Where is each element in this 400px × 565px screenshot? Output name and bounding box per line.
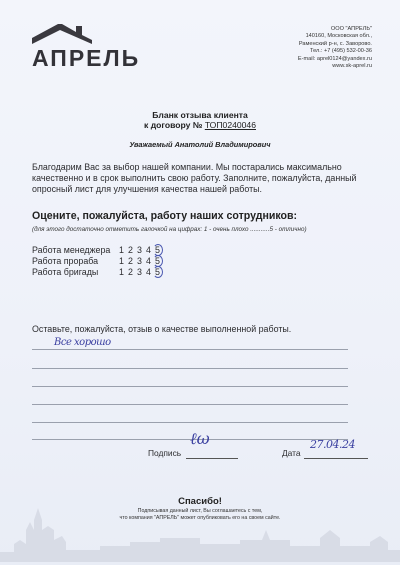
form-title-line1: Бланк отзыва клиента (0, 110, 400, 120)
contact-website: www.sk-aprel.ru (298, 63, 372, 70)
logo-text: АПРЕЛЬ (32, 45, 140, 72)
feedback-line (32, 349, 348, 350)
thanks-heading: Спасибо! (0, 496, 400, 507)
handwritten-signature: ℓω (190, 429, 210, 449)
score-option[interactable]: 3 (135, 256, 144, 266)
handwritten-feedback[interactable]: Все хорошо (54, 337, 111, 348)
rating-row-label: Работа бригады (32, 267, 98, 277)
score-option[interactable]: 1 (117, 256, 126, 266)
contract-number: ТОП0240046 (205, 120, 256, 130)
rating-scale: 12345 (117, 267, 162, 277)
feedback-question: Оставьте, пожалуйста, отзыв о качестве в… (32, 324, 291, 334)
intro-paragraph: Благодарим Вас за выбор нашей компании. … (32, 162, 372, 195)
greeting: Уважаемый Анатолий Владимирович (0, 140, 400, 149)
score-option[interactable]: 4 (144, 267, 153, 277)
score-option[interactable]: 4 (144, 245, 153, 255)
consent-line-2: что компания "АПРЕЛЬ" может опубликовать… (0, 515, 400, 522)
score-option[interactable]: 1 (117, 245, 126, 255)
contract-prefix: к договору № (144, 120, 205, 130)
contact-phone: Тел.: +7 (495) 532-00-36 (298, 48, 372, 55)
date-line[interactable] (304, 458, 368, 459)
score-option-selected[interactable]: 5 (153, 267, 162, 277)
score-option[interactable]: 3 (135, 245, 144, 255)
contact-company-name: ООО "АПРЕЛЬ" (298, 26, 372, 33)
score-option[interactable]: 3 (135, 267, 144, 277)
rating-hint: (для этого достаточно отметить галочкой … (32, 226, 307, 233)
rating-row-label: Работа менеджера (32, 245, 110, 255)
signature-line[interactable] (186, 458, 238, 459)
house-roof-icon (32, 24, 92, 44)
rating-scale: 12345 (117, 245, 162, 255)
company-contacts: ООО "АПРЕЛЬ" 140160, Московская обл., Ра… (298, 26, 372, 70)
contact-address-1: 140160, Московская обл., (298, 33, 372, 40)
score-option-selected[interactable]: 5 (153, 256, 162, 266)
rating-scale: 12345 (117, 256, 162, 266)
contact-email: E-mail: aprel0124@yandex.ru (298, 56, 372, 63)
handwritten-date: 27.04.24 (310, 438, 355, 451)
score-option-selected[interactable]: 5 (153, 245, 162, 255)
rating-row-label: Работа прораба (32, 256, 98, 266)
feedback-line (32, 368, 348, 369)
rating-title: Оцените, пожалуйста, работу наших сотруд… (32, 210, 297, 222)
form-title-line2: к договору № ТОП0240046 (0, 120, 400, 130)
score-option[interactable]: 2 (126, 245, 135, 255)
feedback-line (32, 404, 348, 405)
date-label: Дата (282, 448, 301, 458)
signature-label: Подпись (148, 448, 181, 458)
form-title: Бланк отзыва клиента к договору № ТОП024… (0, 110, 400, 131)
score-option[interactable]: 1 (117, 267, 126, 277)
consent-text: Подписывая данный лист, Вы соглашаетесь … (0, 508, 400, 523)
score-option[interactable]: 2 (126, 267, 135, 277)
feedback-line (32, 386, 348, 387)
score-option[interactable]: 2 (126, 256, 135, 266)
score-option[interactable]: 4 (144, 256, 153, 266)
contact-address-2: Раменский р-н, с. Заворово. (298, 41, 372, 48)
feedback-form-page: АПРЕЛЬ ООО "АПРЕЛЬ" 140160, Московская о… (0, 0, 400, 565)
feedback-line (32, 422, 348, 423)
